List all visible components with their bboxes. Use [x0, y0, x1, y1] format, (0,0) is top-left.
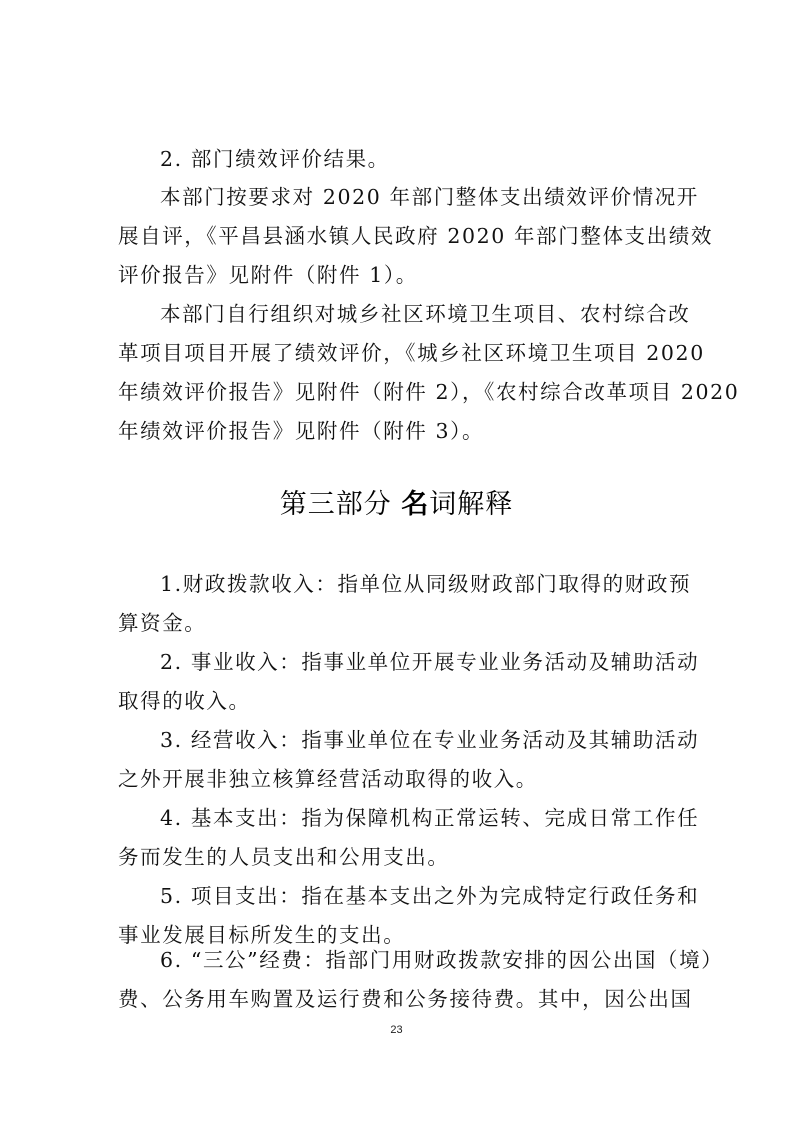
term-line: 之外开展非独立核算经营活动取得的收入。 [118, 766, 678, 792]
document-page: 2. 部门绩效评价结果。 本部门按要求对 2020 年部门整体支出绩效评价情况开… [0, 0, 793, 1122]
term-line: 6. “三公”经费：指部门用财政拨款安排的因公出国（境） [160, 947, 678, 973]
term-line: 1.财政拨款收入：指单位从同级财政部门取得的财政预 [160, 571, 678, 597]
term-line: 务而发生的人员支出和公用支出。 [118, 844, 678, 870]
term-line: 5. 项目支出：指在基本支出之外为完成特定行政任务和 [160, 883, 678, 909]
paragraph-line: 革项目项目开展了绩效评价，《城乡社区环境卫生项目 2020 [118, 340, 678, 366]
paragraph-line: 年绩效评价报告》见附件（附件 3）。 [118, 418, 678, 444]
section-heading: 第三部分 名词解释 [0, 487, 793, 523]
paragraph-line: 本部门按要求对 2020 年部门整体支出绩效评价情况开 [160, 184, 678, 210]
paragraph-line: 展自评，《平昌县涵水镇人民政府 2020 年部门整体支出绩效 [118, 223, 678, 249]
paragraph-line: 年绩效评价报告》见附件（附件 2），《农村综合改革项目 2020 [118, 379, 678, 405]
term-line: 3. 经营收入：指事业单位在专业业务活动及其辅助活动 [160, 727, 678, 753]
term-line: 4. 基本支出：指为保障机构正常运转、完成日常工作任 [160, 805, 678, 831]
heading-text: 第三部分 [280, 489, 402, 520]
heading-text: 词解释 [429, 489, 513, 520]
page-number: 23 [0, 1024, 793, 1036]
term-line: 算资金。 [118, 610, 678, 636]
paragraph-line: 本部门自行组织对城乡社区环境卫生项目、农村综合改 [160, 301, 678, 327]
term-line: 费、公务用车购置及运行费和公务接待费。其中，因公出国 [118, 986, 678, 1012]
term-line: 事业发展目标所发生的支出。 [118, 922, 678, 948]
paragraph-line: 评价报告》见附件（附件 1）。 [118, 262, 678, 288]
term-line: 取得的收入。 [118, 688, 678, 714]
item-title: 2. 部门绩效评价结果。 [160, 146, 678, 172]
term-line: 2. 事业收入：指事业单位开展专业业务活动及辅助活动 [160, 649, 678, 675]
heading-bold-text: 名 [401, 489, 429, 520]
